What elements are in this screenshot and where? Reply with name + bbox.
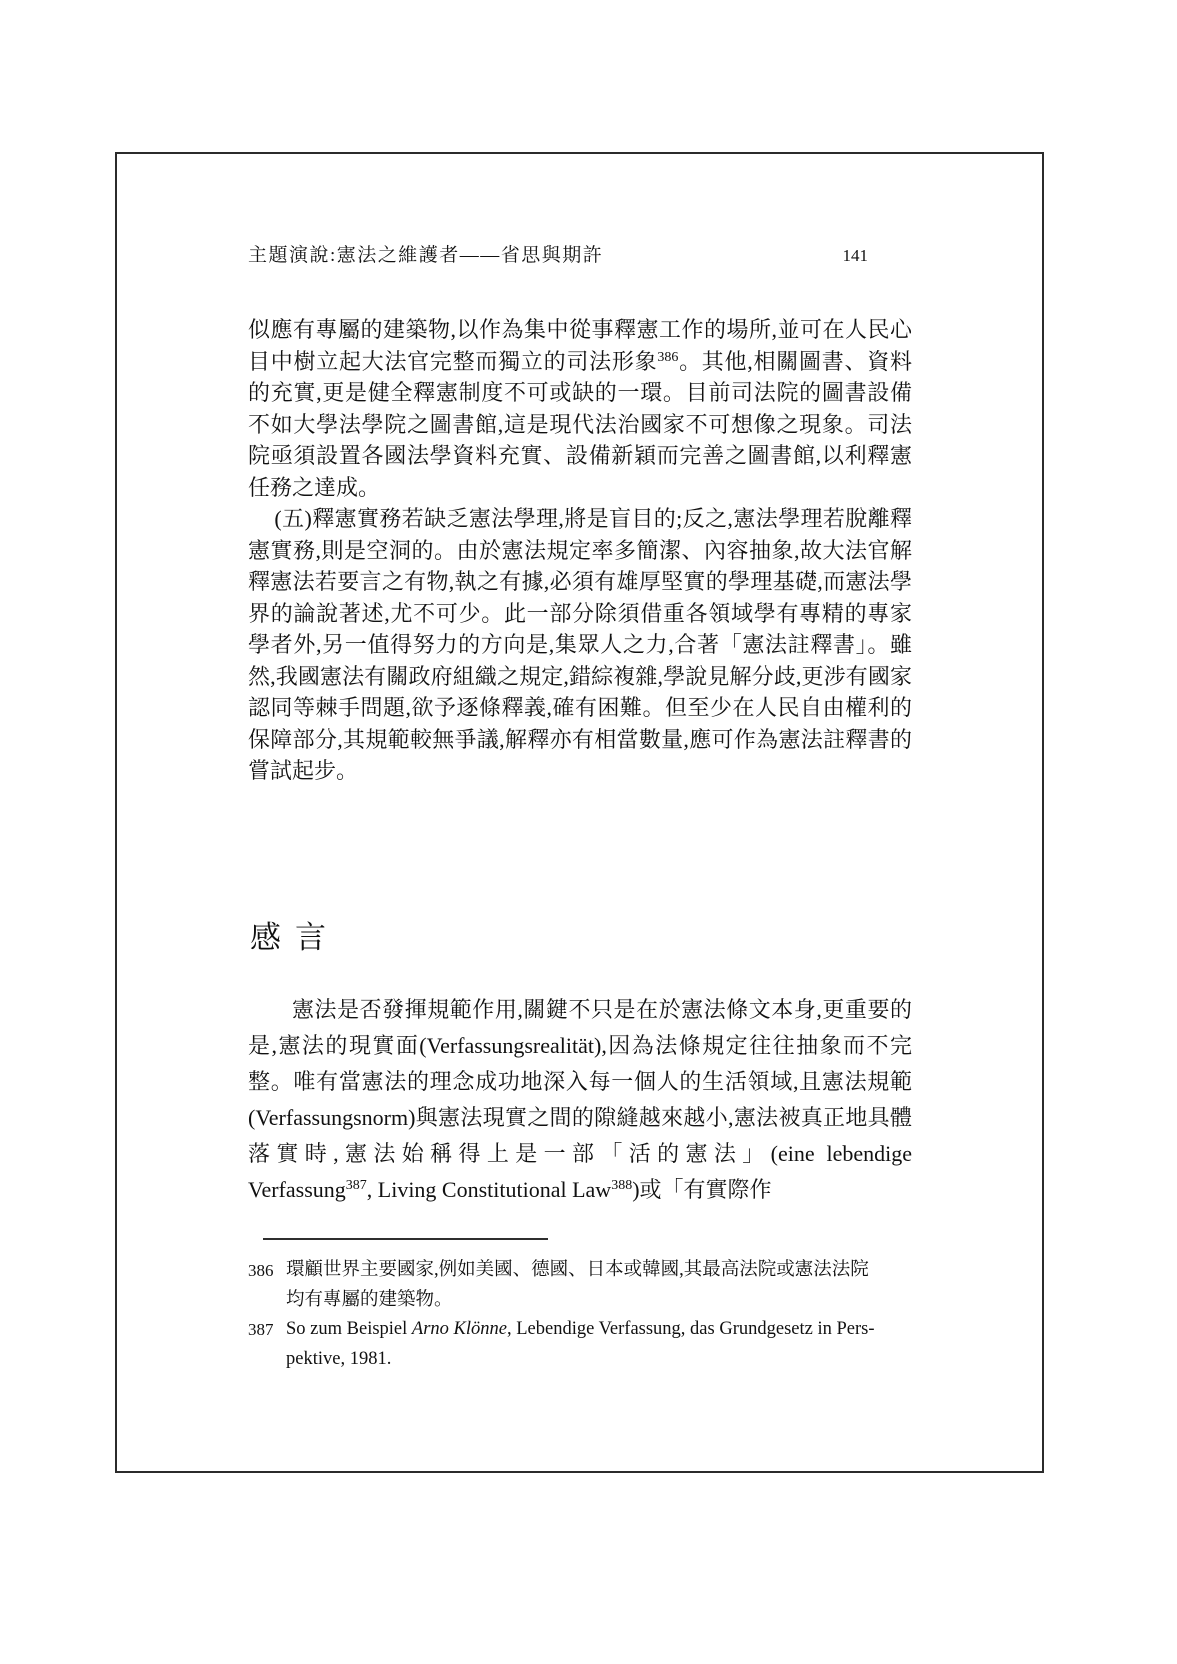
main-text-block: 似應有專屬的建築物,以作為集中從事釋憲工作的場所,並可在人民心目中樹立起大法官完…	[248, 314, 912, 787]
footnote-reference-388: 388	[611, 1178, 632, 1193]
footnote-line: 環顧世界主要國家,例如美國、德國、日本或韓國,其最高法院或憲法法院	[286, 1256, 940, 1286]
paragraph-text: 憲法是否發揮規範作用,關鍵不只是在於憲法條文本身,更重要的是,憲法的現實面(Ve…	[248, 997, 912, 1202]
footnote-line: So zum Beispiel Arno Klönne, Lebendige V…	[286, 1315, 940, 1345]
footnote-author-italic: Arno Klönne	[412, 1319, 507, 1339]
running-title: 主題演說:憲法之維護者——省思與期許	[248, 240, 603, 267]
footnote-line: pektive, 1981.	[286, 1345, 940, 1375]
page-number: 141	[843, 246, 869, 266]
paragraph-text: )或「有實際作	[632, 1177, 771, 1202]
footnote-387: 387 So zum Beispiel Arno Klönne, Lebendi…	[248, 1315, 940, 1374]
closing-paragraph: 憲法是否發揮規範作用,關鍵不只是在於憲法條文本身,更重要的是,憲法的現實面(Ve…	[248, 992, 912, 1208]
section-heading: 感言	[250, 912, 340, 957]
footnote-text: 環顧世界主要國家,例如美國、德國、日本或韓國,其最高法院或憲法法院 均有專屬的建…	[286, 1256, 940, 1315]
paragraph-item-five: (五)釋憲實務若缺乏憲法學理,將是盲目的;反之,憲法學理若脫離釋憲實務,則是空洞…	[248, 503, 912, 787]
footnote-386: 386 環顧世界主要國家,例如美國、德國、日本或韓國,其最高法院或憲法法院 均有…	[248, 1256, 940, 1315]
footnote-number: 386	[248, 1256, 286, 1286]
footnote-line: 均有專屬的建築物。	[286, 1286, 940, 1316]
closing-text-block: 憲法是否發揮規範作用,關鍵不只是在於憲法條文本身,更重要的是,憲法的現實面(Ve…	[248, 992, 912, 1208]
footnote-text: So zum Beispiel Arno Klönne, Lebendige V…	[286, 1315, 940, 1374]
footnotes-section: 386 環顧世界主要國家,例如美國、德國、日本或韓國,其最高法院或憲法法院 均有…	[248, 1256, 940, 1374]
footnote-reference-386: 386	[657, 350, 678, 365]
footnote-number: 387	[248, 1315, 286, 1345]
document-page: 主題演說:憲法之維護者——省思與期許 141 似應有專屬的建築物,以作為集中從事…	[0, 0, 1177, 1664]
footnote-text-segment: So zum Beispiel	[286, 1319, 412, 1339]
footnote-separator	[263, 1238, 548, 1240]
paragraph-text: , Living Constitutional Law	[367, 1177, 611, 1202]
page-header: 主題演說:憲法之維護者——省思與期許 141	[248, 240, 868, 267]
footnote-text-segment: , Lebendige Verfassung, das Grundgesetz …	[507, 1319, 875, 1339]
paragraph-continuation: 似應有專屬的建築物,以作為集中從事釋憲工作的場所,並可在人民心目中樹立起大法官完…	[248, 314, 912, 503]
footnote-reference-387: 387	[346, 1178, 367, 1193]
